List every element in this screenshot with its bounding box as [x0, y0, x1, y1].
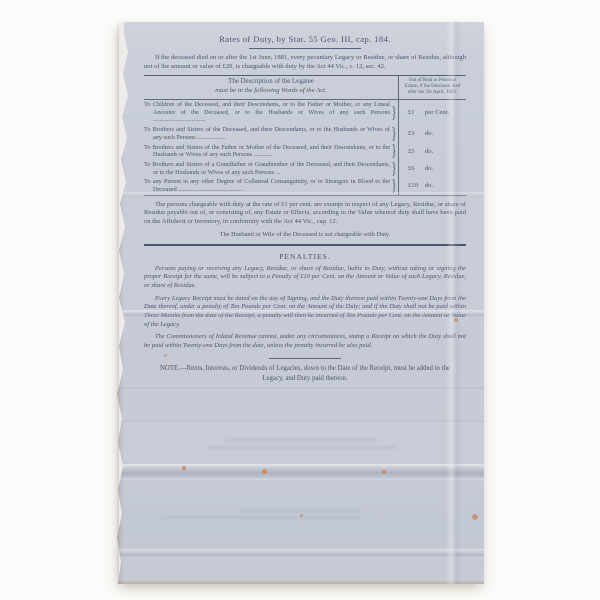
- penalty-paragraph: Persons paying or receiving any Legacy, …: [144, 265, 466, 291]
- table-header: The Description of the Legatee must be i…: [144, 76, 466, 100]
- foxing-spot: [262, 469, 267, 474]
- section-divider: [144, 244, 466, 246]
- foxing-spot: [472, 514, 478, 520]
- row-rate: £1 per Cent.: [398, 100, 466, 125]
- document-title: Rates of Duty, by Stat. 55 Geo. III, cap…: [144, 34, 466, 44]
- row-brace: }: [390, 177, 398, 195]
- rate-unit: do.: [425, 148, 433, 155]
- table-row: To Brothers and Sisters of a Grandfather…: [144, 160, 466, 177]
- intro-paragraph: If the deceased died on or after the 1st…: [144, 54, 466, 71]
- row-rate: £3 do.: [398, 125, 466, 142]
- faint-crease: [116, 420, 484, 422]
- row-description: To Brothers and Sisters of the Father or…: [144, 144, 390, 159]
- row-description: To Brothers and Sisters of the Deceased,…: [144, 126, 390, 141]
- spouse-note: The Husband or Wife of the Deceased is n…: [144, 231, 466, 238]
- row-rate: £6 do.: [398, 160, 466, 177]
- fold-crease: [116, 549, 484, 559]
- rate-amount: £5: [408, 148, 425, 155]
- table-header-description: The Description of the Legatee must be i…: [144, 76, 398, 99]
- faint-crease: [116, 387, 484, 389]
- row-rate: £5 do.: [398, 143, 466, 160]
- penalty-paragraph: Every Legacy Receipt must be dated on th…: [144, 295, 466, 330]
- ink-showthrough: [226, 438, 376, 442]
- table-row: To Children of the Deceased, and their D…: [144, 100, 466, 125]
- row-brace: }: [390, 142, 398, 160]
- rate-unit: do.: [425, 165, 433, 172]
- note-paragraph: NOTE.—Rents, Interests, or Dividends of …: [150, 364, 459, 383]
- rate-unit: per Cent.: [425, 109, 449, 116]
- row-rate: £10 do.: [398, 177, 466, 194]
- photo-background: Rates of Duty, by Stat. 55 Geo. III, cap…: [0, 0, 600, 600]
- title-divider: [249, 48, 361, 49]
- ink-showthrough: [161, 516, 361, 519]
- row-brace: }: [390, 125, 398, 143]
- fold-crease: [116, 464, 484, 480]
- paper-bottom-edge: [116, 580, 484, 584]
- rate-amount: £10: [408, 182, 425, 189]
- table-header-line1: The Description of the Legatee: [150, 78, 392, 87]
- rate-unit: do.: [425, 182, 433, 189]
- penalty-paragraph: The Commissioners of Inland Revenue cann…: [144, 333, 466, 350]
- rates-table: The Description of the Legatee must be i…: [144, 75, 466, 195]
- table-header-line2: must be in the following Words of the Ac…: [150, 87, 392, 96]
- row-brace: }: [390, 160, 398, 178]
- row-brace: }: [390, 104, 398, 122]
- table-row: To any Person in any other Degree of Col…: [144, 177, 466, 194]
- penalties-heading: PENALTIES.: [144, 252, 466, 261]
- rate-unit: do.: [425, 130, 433, 137]
- rate-amount: £3: [408, 130, 425, 137]
- ink-showthrough: [206, 446, 396, 449]
- foxing-spot: [300, 514, 303, 517]
- rate-amount: £1: [408, 109, 425, 116]
- row-description: To Children of the Deceased, and their D…: [144, 101, 390, 124]
- exemption-paragraph: The persons chargeable with duty at the …: [144, 201, 466, 227]
- table-row: To Brothers and Sisters of the Deceased,…: [144, 125, 466, 142]
- foxing-spot: [182, 466, 186, 470]
- row-description: To any Person in any other Degree of Col…: [144, 178, 390, 193]
- row-description: To Brothers and Sisters of a Grandfather…: [144, 161, 390, 176]
- table-header-rate: Out of Real or Personal Estate, if the D…: [398, 76, 466, 99]
- foxing-spot: [382, 470, 386, 474]
- document-body: Rates of Duty, by Stat. 55 Geo. III, cap…: [144, 34, 466, 383]
- rate-amount: £6: [408, 165, 425, 172]
- paper-sheet: Rates of Duty, by Stat. 55 Geo. III, cap…: [116, 22, 484, 584]
- ink-showthrough: [241, 508, 361, 512]
- table-row: To Brothers and Sisters of the Father or…: [144, 143, 466, 160]
- note-divider: [269, 358, 341, 359]
